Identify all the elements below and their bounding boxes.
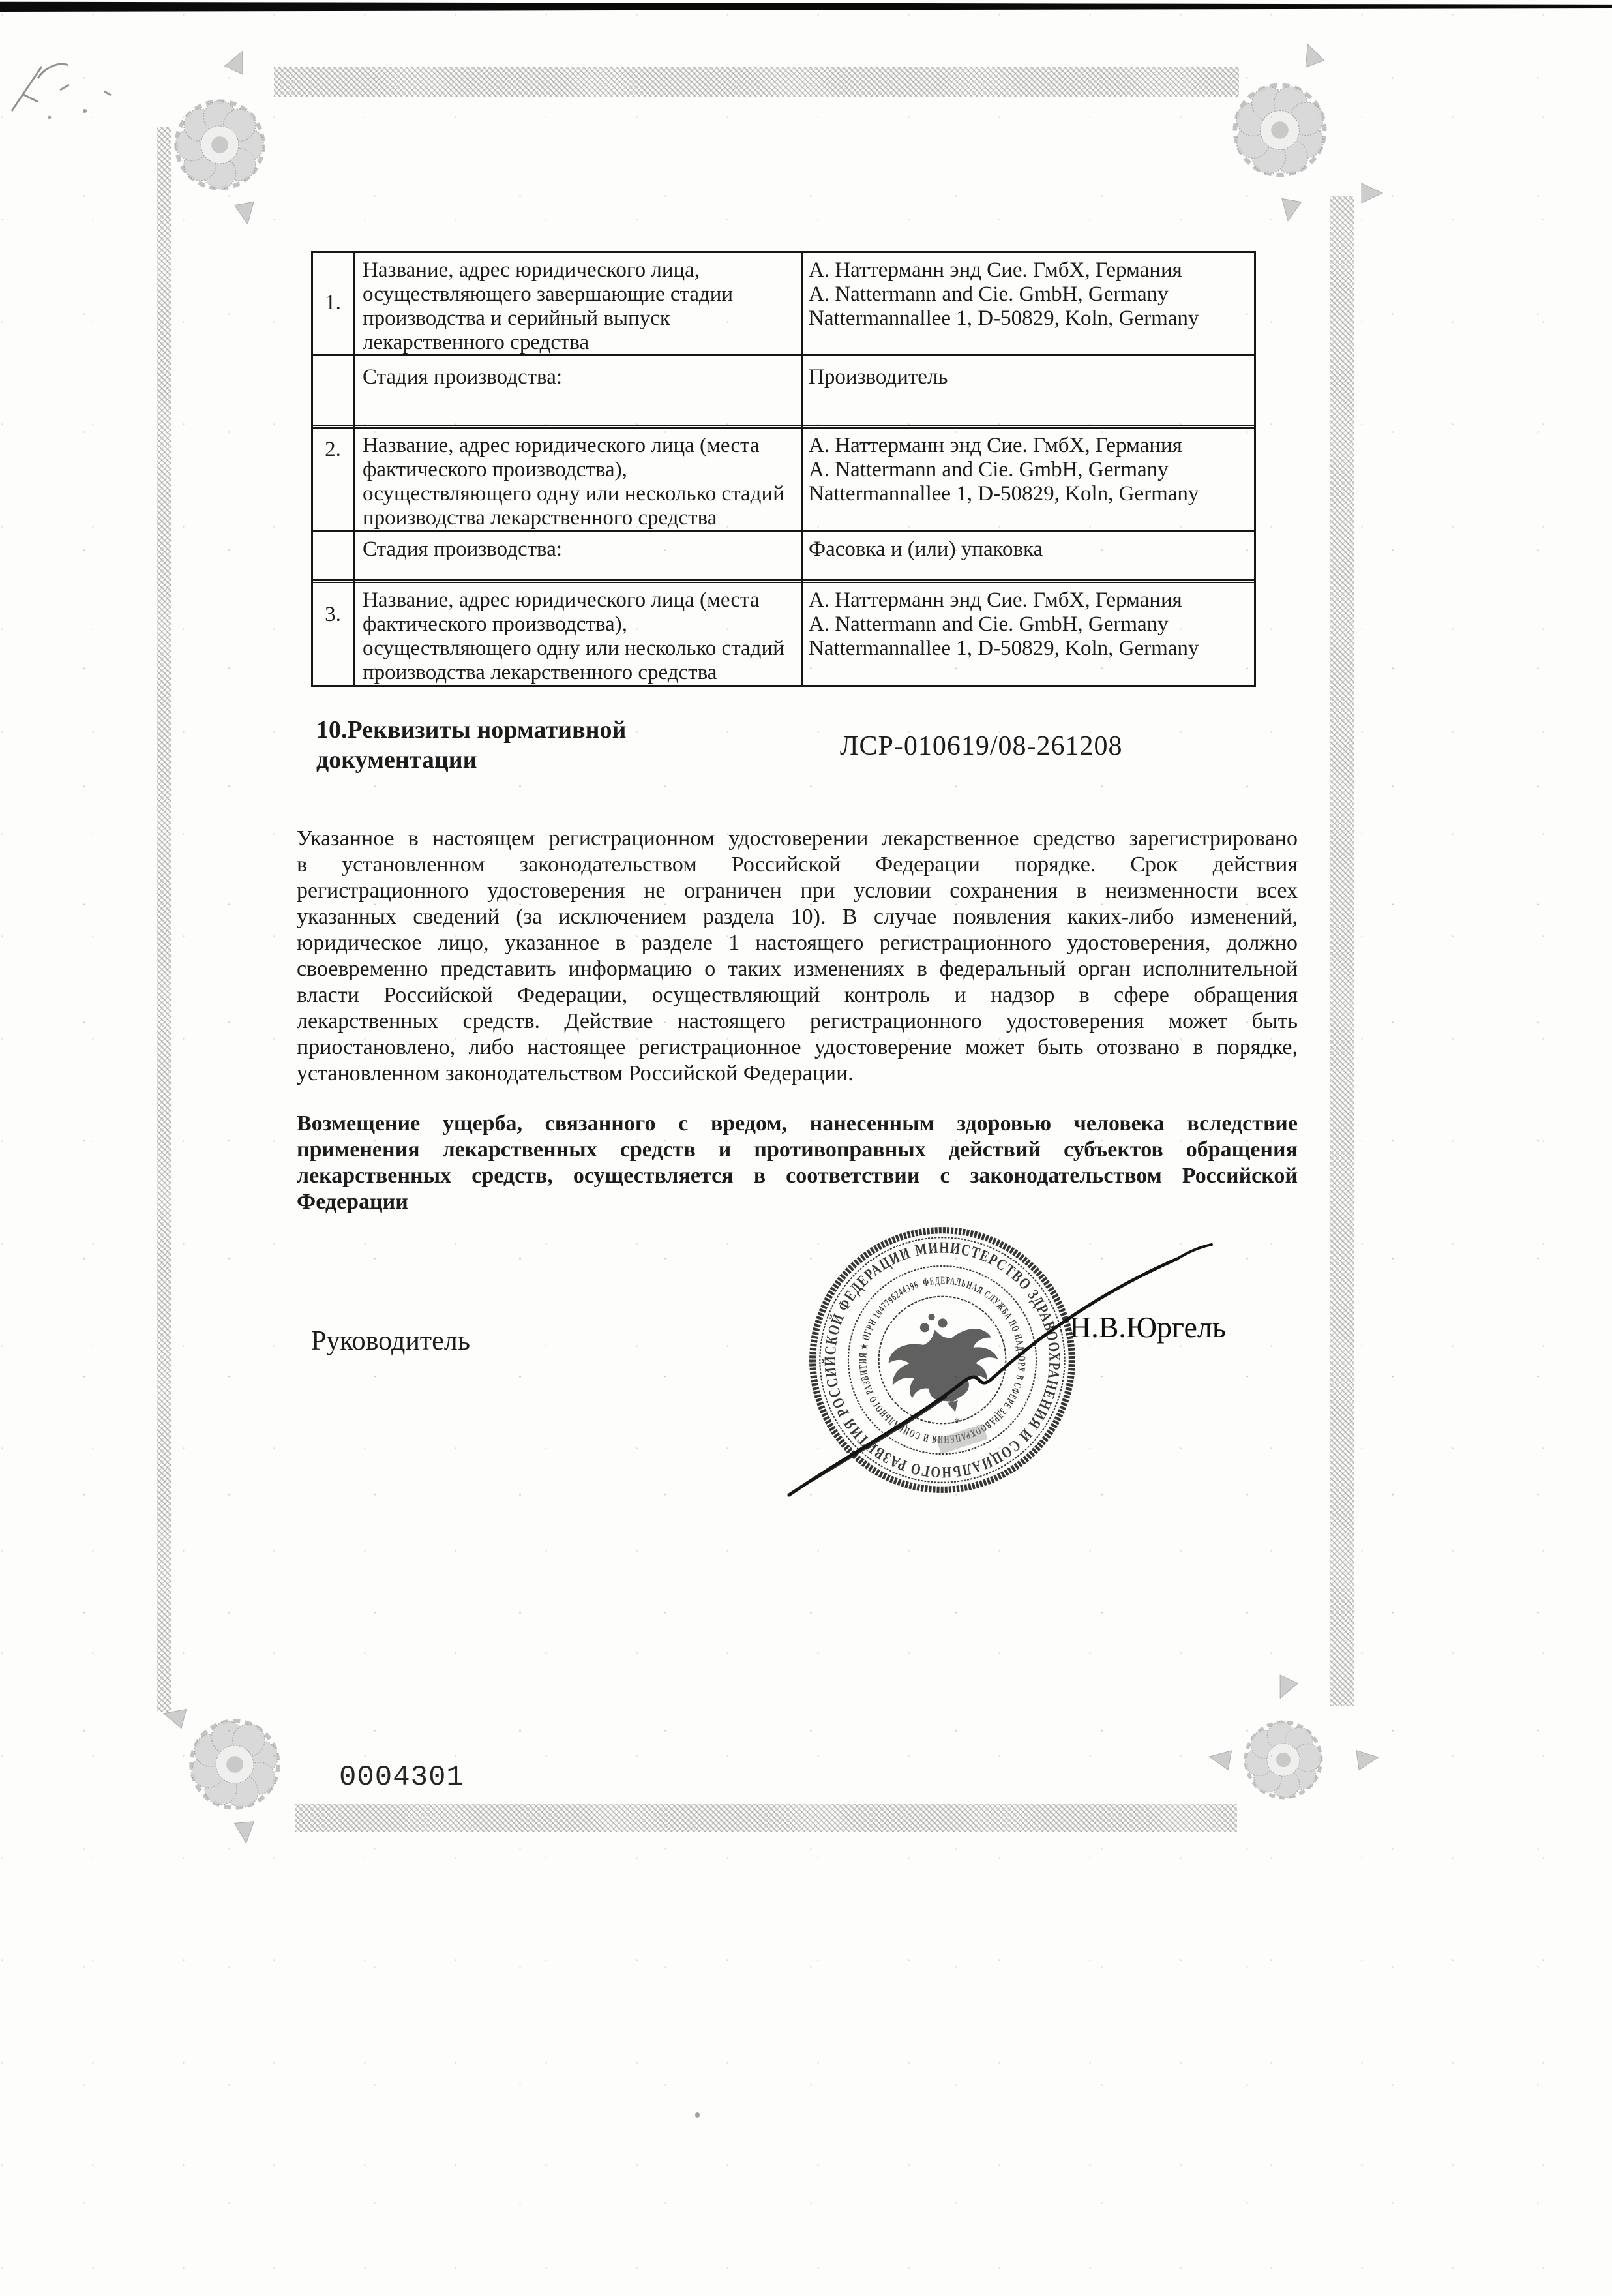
border-band-right: [1330, 196, 1354, 1706]
signature-stroke: [750, 1220, 1246, 1507]
row-number: 3.: [313, 583, 353, 685]
scan-edge-artifact: [0, 0, 1612, 12]
fan-ornament: [232, 1805, 256, 1846]
legal-paragraph-2: Возмещение ущерба, связанного с вредом, …: [297, 1111, 1298, 1215]
row-label: Название, адрес юридического лица (места…: [363, 583, 786, 685]
section-10-heading: 10.Реквизиты нормативнойдокументации: [316, 715, 721, 775]
fan-ornament: [1277, 182, 1305, 224]
legal-paragraph-1: Указанное в настоящем регистрационном уд…: [297, 826, 1298, 1087]
row-value: А. Наттерманн энд Сие. ГмбХ, ГерманияA. …: [809, 253, 1249, 354]
manufacturers-table: 1. Название, адрес юридического лица,осу…: [311, 251, 1256, 687]
border-band-bottom: [295, 1804, 1237, 1832]
table-row-2-stage: Стадия производства: Фасовка и (или) упа…: [313, 530, 1254, 579]
row-number: 2.: [313, 429, 353, 530]
table-row-3: 3. Название, адрес юридического лица (ме…: [313, 579, 1254, 685]
rosette-bottom-left: [186, 1715, 284, 1813]
fan-ornament: [1298, 39, 1331, 83]
fan-ornament: [1339, 1747, 1381, 1773]
border-band-left: [157, 127, 171, 1712]
fan-ornament: [160, 1703, 203, 1733]
signatory-name: Н.В.Юргель: [1069, 1310, 1226, 1344]
fan-ornament: [1270, 1659, 1306, 1704]
table-row-1-stage: Стадия производства: Производитель: [313, 354, 1254, 425]
border-band-top: [274, 67, 1239, 97]
row-value: А. Наттерманн энд Сие. ГмбХ, ГерманияA. …: [809, 429, 1249, 530]
row-value: Фасовка и (или) упаковка: [809, 532, 1249, 579]
rosette-top-left: [171, 96, 269, 194]
rosette-bottom-right: [1241, 1717, 1326, 1802]
normative-doc-number: ЛСР-010619/08-261208: [840, 731, 1123, 762]
table-row-2: 2. Название, адрес юридического лица (ме…: [313, 425, 1254, 530]
row-value: Производитель: [809, 356, 1249, 425]
signatory-role-label: Руководитель: [311, 1325, 470, 1357]
fan-ornament: [1345, 183, 1384, 204]
row-label: Название, адрес юридического лица,осущес…: [363, 253, 786, 354]
row-number: 1.: [313, 253, 353, 354]
row-label: Название, адрес юридического лица (места…: [363, 429, 786, 530]
row-label: Стадия производства:: [363, 356, 786, 425]
row-value: А. Наттерманн энд Сие. ГмбХ, ГерманияA. …: [809, 583, 1249, 685]
rosette-top-right: [1229, 80, 1330, 181]
document-page: 1. Название, адрес юридического лица,осу…: [0, 0, 1612, 2296]
table-row-1: 1. Название, адрес юридического лица,осу…: [313, 253, 1254, 354]
scan-speck: [695, 2112, 700, 2118]
serial-number: 0004301: [339, 1761, 464, 1794]
row-label: Стадия производства:: [363, 532, 786, 579]
